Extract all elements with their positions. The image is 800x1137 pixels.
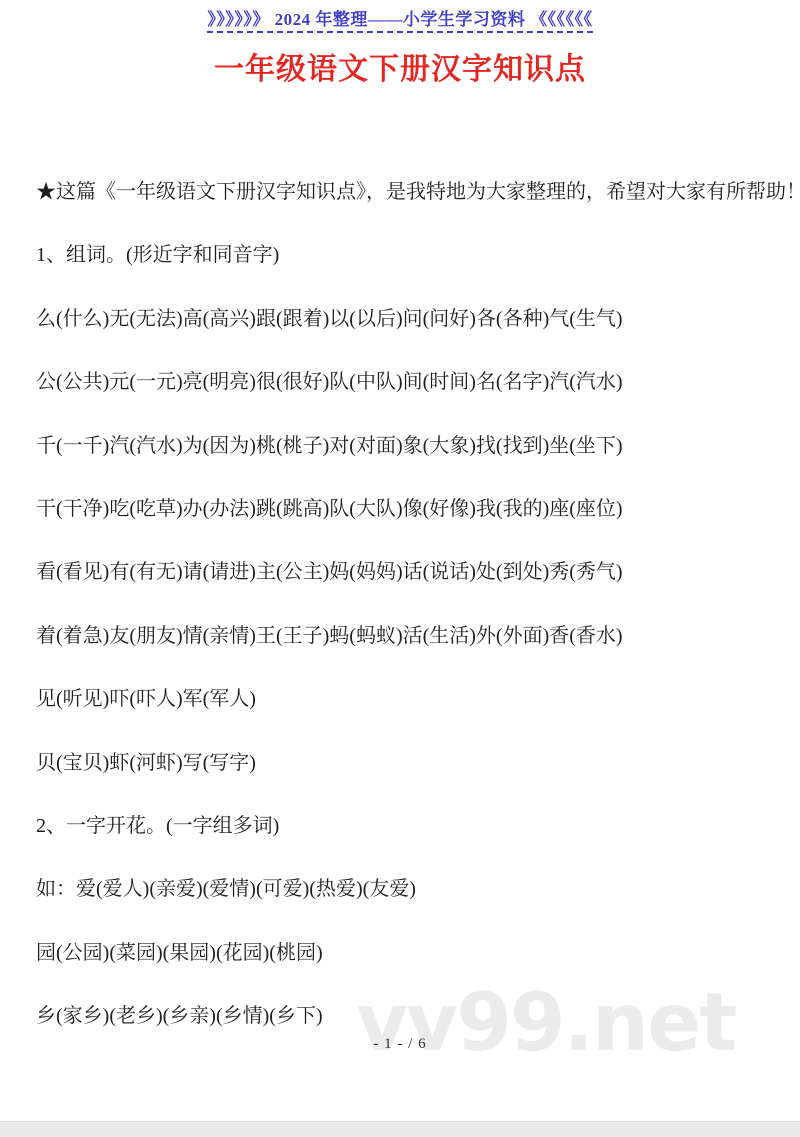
header-text: 》》》》》》 2024 年整理——小学生学习资料 《《《《《《 [207, 5, 592, 33]
body-line-section-1: 1、组词。(形近字和同音字) [36, 224, 790, 287]
body-line-example-yuan: 园(公园)(菜园)(果园)(花园)(桃园) [36, 922, 790, 985]
body-line-example-ai: 如：爱(爱人)(亲爱)(爱情)(可爱)(热爱)(友爱) [36, 858, 790, 921]
body-line-words-7: 见(听见)吓(吓人)军(军人) [36, 668, 790, 731]
document-body: ★这篇《一年级语文下册汉字知识点》，是我特地为大家整理的，希望对大家有所帮助！ … [36, 161, 790, 1048]
body-line-words-1: 么(什么)无(无法)高(高兴)跟(跟着)以(以后)问(问好)各(各种)气(生气) [36, 288, 790, 351]
body-line-words-8: 贝(宝贝)虾(河虾)写(写字) [36, 732, 790, 795]
document-header: 》》》》》》 2024 年整理——小学生学习资料 《《《《《《 [0, 5, 800, 33]
footer-bar [0, 1121, 800, 1137]
body-line-section-2: 2、一字开花。(一字组多词) [36, 795, 790, 858]
page-title: 一年级语文下册汉字知识点 [0, 44, 800, 88]
body-line-words-6: 着(着急)友(朋友)情(亲情)王(王子)蚂(蚂蚁)活(生活)外(外面)香(香水) [36, 605, 790, 668]
body-line-words-2: 公(公共)元(一元)亮(明亮)很(很好)队(中队)间(时间)名(名字)汽(汽水) [36, 351, 790, 414]
body-line-intro: ★这篇《一年级语文下册汉字知识点》，是我特地为大家整理的，希望对大家有所帮助！ [36, 161, 790, 224]
body-line-words-4: 干(干净)吃(吃草)办(办法)跳(跳高)队(大队)像(好像)我(我的)座(座位) [36, 478, 790, 541]
page-number: - 1 - / 6 [0, 1036, 800, 1053]
document-page: 》》》》》》 2024 年整理——小学生学习资料 《《《《《《 一年级语文下册汉… [0, 0, 800, 1137]
body-line-words-3: 千(一千)汽(汽水)为(因为)桃(桃子)对(对面)象(大象)找(找到)坐(坐下) [36, 415, 790, 478]
body-line-words-5: 看(看见)有(有无)请(请进)主(公主)妈(妈妈)话(说话)处(到处)秀(秀气) [36, 541, 790, 604]
